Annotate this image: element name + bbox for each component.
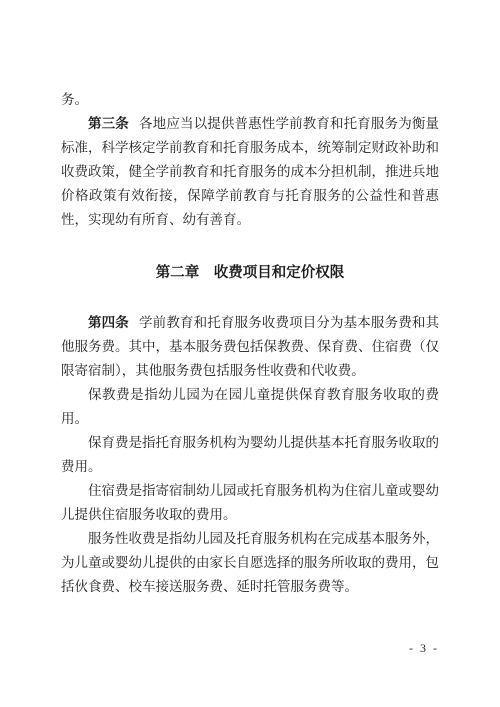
paragraph-article-3: 第三条各地应当以提供普惠性学前教育和托育服务为衡量标准，科学核定学前教育和托育服… xyxy=(61,112,439,232)
paragraph-service-fee-definition: 服务性收费是指幼儿园及托育服务机构在完成基本服务外，为儿童或婴幼儿提供的由家长自… xyxy=(61,527,439,599)
paragraph-article-4: 第四条学前教育和托育服务收费项目分为基本服务费和其他服务费。其中，基本服务费包括… xyxy=(61,311,439,383)
paragraph-continuation: 务。 xyxy=(61,88,439,112)
chapter-2-label: 第二章 xyxy=(156,265,200,281)
article-3-label: 第三条 xyxy=(88,116,129,131)
paragraph-baojiao-fee-definition: 保教费是指幼儿园为在园儿童提供保育教育服务收取的费用。 xyxy=(61,383,439,431)
document-content: 务。 第三条各地应当以提供普惠性学前教育和托育服务为衡量标准，科学核定学前教育和… xyxy=(61,88,439,599)
paragraph-zhusu-fee-definition: 住宿费是指寄宿制幼儿园或托育服务机构为住宿儿童或婴幼儿提供住宿服务收取的费用。 xyxy=(61,479,439,527)
chapter-2-heading: 第二章收费项目和定价权限 xyxy=(61,261,439,285)
article-4-label: 第四条 xyxy=(88,315,129,330)
article-3-text: 各地应当以提供普惠性学前教育和托育服务为衡量标准，科学核定学前教育和托育服务成本… xyxy=(61,116,439,227)
page-number: - 3 - xyxy=(409,640,439,656)
document-page: 务。 第三条各地应当以提供普惠性学前教育和托育服务为衡量标准，科学核定学前教育和… xyxy=(0,0,500,707)
chapter-2-title: 收费项目和定价权限 xyxy=(214,265,345,281)
paragraph-baoyu-fee-definition: 保育费是指托育服务机构为婴幼儿提供基本托育服务收取的费用。 xyxy=(61,431,439,479)
